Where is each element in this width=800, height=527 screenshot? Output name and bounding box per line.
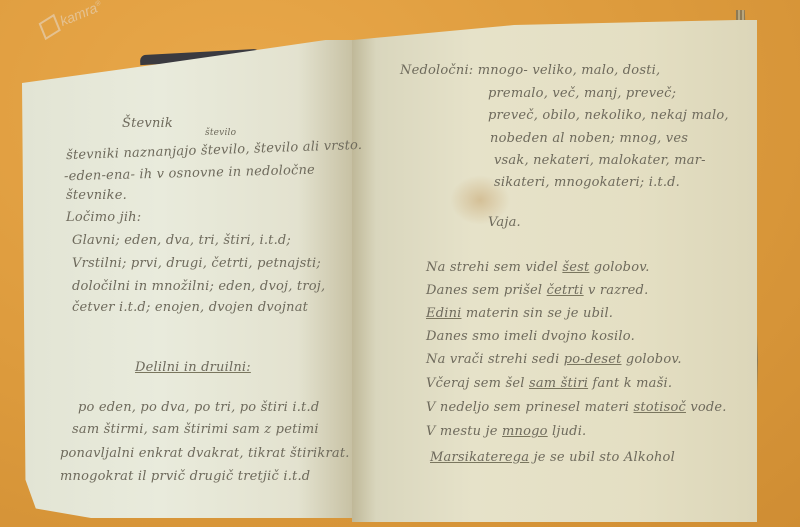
exercise-line-2: Danes sem prišel četrti v razred. [426, 283, 648, 298]
watermark-logo: kamra® [38, 0, 105, 39]
left-bottom-line-2: sam štirmi, sam štirimi sam z petimi [72, 422, 319, 437]
left-line-3: števnike. [66, 188, 127, 203]
exercise-line-9: Marsikaterega je se ubil sto Alkohol [430, 450, 675, 465]
exercise-line-1: Na strehi sem videl šest golobov. [426, 260, 650, 275]
right-line-5: vsak, nekateri, malokater, mar- [494, 153, 706, 168]
left-line-5: Glavni; eden, dva, tri, štiri, i.t.d; [72, 233, 291, 248]
left-bottom-line-3: ponavljalni enkrat dvakrat, tikrat štiri… [60, 446, 350, 461]
exercise-line-6: Včeraj sem šel sam štiri fant k maši. [426, 376, 672, 391]
exercise-line-8: V mestu je mnogo ljudi. [426, 424, 586, 439]
left-heading: Števnik [122, 116, 173, 131]
exercise-line-3: Edini materin sin se je ubil. [426, 306, 613, 321]
exercise-line-5: Na vrači strehi sedi po-deset golobov. [426, 352, 682, 367]
right-line-3: preveč, obilo, nekoliko, nekaj malo, [488, 108, 729, 123]
left-subheading: Delilni in druilni: [135, 360, 251, 375]
left-bottom-line-1: po eden, po dva, po tri, po štiri i.t.d [78, 400, 319, 415]
exercise-line-4: Danes smo imeli dvojno kosilo. [426, 329, 635, 344]
left-line-7: določilni in množilni; eden, dvoj, troj, [72, 279, 325, 294]
left-bottom-line-4: mnogokrat il prvič drugič tretjič i.t.d [60, 469, 310, 484]
right-line-1: Nedoločni: mnogo- veliko, malo, dosti, [400, 63, 660, 78]
left-line-4: Ločimo jih: [66, 210, 141, 225]
watermark-text: kamra [57, 0, 99, 29]
left-superscript: število [205, 128, 236, 138]
exercise-title: Vaja. [488, 215, 521, 230]
right-line-6: sikateri, mnogokateri; i.t.d. [494, 175, 680, 190]
left-line-8: četver i.t.d; enojen, dvojen dvojnat [72, 300, 308, 315]
cube-logo-icon [39, 14, 61, 40]
left-line-6: Vrstilni; prvi, drugi, četrti, petnajsti… [72, 256, 321, 271]
right-line-4: nobeden al noben; mnog, ves [490, 131, 688, 146]
exercise-line-7: V nedeljo sem prinesel materi stotisoč v… [426, 400, 727, 415]
right-line-2: premalo, več, manj, preveč; [488, 86, 676, 101]
